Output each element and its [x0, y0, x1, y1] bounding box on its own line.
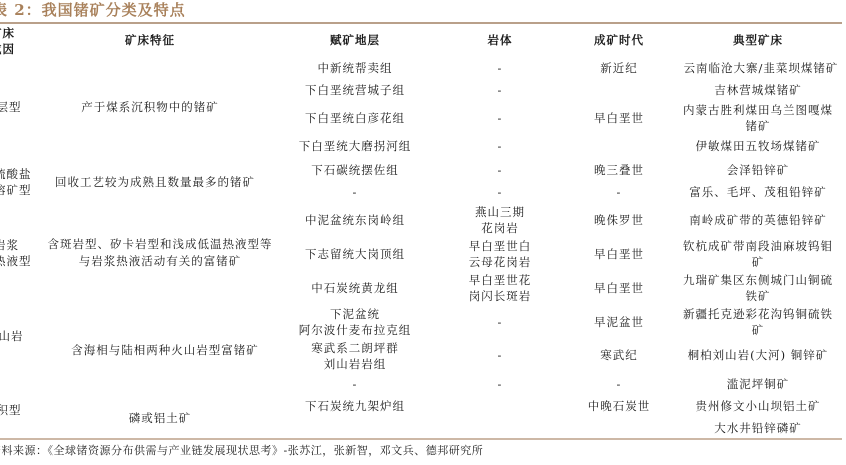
- deposit-cell: 贵州修文小山坝铝土矿: [678, 396, 838, 416]
- strata-cell: -: [270, 182, 440, 202]
- deposit-cell: 会泽铅锌矿: [678, 160, 838, 180]
- table-title: 表 2：我国锗矿分类及特点: [0, 0, 186, 20]
- deposit-cell: 桐柏刘山岩(大河) 铜锌矿: [678, 345, 838, 365]
- rock-cell: -: [440, 136, 560, 156]
- header-typical-deposit: 典型矿床: [678, 24, 838, 56]
- era-cell: 寒武纪: [560, 345, 678, 365]
- strata-cell: 中泥盆统东岗岭组: [270, 208, 440, 232]
- rock-cell: 早白垩世白 云母花岗岩: [440, 238, 560, 270]
- genesis-type: 火山岩 型: [0, 328, 46, 362]
- deposit-cell: 钦杭成矿带南段油麻坡钨钼 矿: [678, 237, 838, 271]
- strata-cell: 下石碳统摆佐组: [270, 160, 440, 180]
- strata-cell: 下白垩统营城子组: [270, 80, 440, 100]
- strata-cell: -: [270, 374, 440, 394]
- source-note: 资料来源：《全球锗资源分布供需与产业链发展现状思考》-张苏江，张新智，邓文兵、德…: [0, 443, 483, 459]
- strata-cell: 下石炭统九架炉组: [270, 396, 440, 416]
- deposit-cell: 伊敏煤田五牧场煤锗矿: [678, 136, 838, 156]
- strata-cell: 中新统帮卖组: [270, 58, 440, 78]
- deposit-feature: 产于煤系沉积物中的锗矿: [30, 95, 270, 119]
- deposit-feature: 回收工艺较为成熟且数量最多的锗矿: [40, 170, 270, 194]
- era-cell: 晚侏罗世: [560, 208, 678, 232]
- header-rock-body: 岩体: [440, 24, 560, 56]
- era-cell: 早白垩世: [560, 242, 678, 266]
- header-deposit-genesis: 矿床 成因: [0, 24, 30, 58]
- era-cell: 中晚石炭世: [560, 396, 678, 416]
- era-cell: -: [560, 182, 678, 202]
- deposit-feature: 含海相与陆相两种火山岩型富锗矿: [55, 338, 275, 362]
- genesis-type: 沉积型: [0, 398, 44, 422]
- rock-cell: -: [440, 182, 560, 202]
- header-mineralization-era: 成矿时代: [560, 24, 678, 56]
- strata-cell: 下白垩统白彦花组: [270, 108, 440, 128]
- rock-cell: -: [440, 345, 560, 365]
- deposit-cell: 富乐、毛坪、茂租铅锌矿: [678, 182, 838, 202]
- deposit-cell: 吉林营城煤锗矿: [678, 80, 838, 100]
- era-cell: 早白垩世: [560, 108, 678, 128]
- era-cell: -: [560, 374, 678, 394]
- rock-cell: -: [440, 160, 560, 180]
- strata-cell: 中石炭统黄龙组: [270, 276, 440, 300]
- deposit-feature: 磷或铝土矿: [50, 406, 270, 430]
- deposit-cell: 云南临沧大寨/韭菜坝煤锗矿: [676, 58, 846, 78]
- deposit-cell: 新疆托克逊彩花沟钨铜硫铁 矿: [678, 305, 838, 339]
- era-cell: 新近纪: [560, 58, 678, 78]
- strata-cell: 下志留统大岗顶组: [270, 242, 440, 266]
- era-cell: 早白垩世: [560, 276, 678, 300]
- deposit-cell: 滥泥坪铜矿: [678, 374, 838, 394]
- strata-cell: 下白垩统大磨拐河组: [270, 136, 440, 156]
- header-ore-strata: 赋矿地层: [270, 24, 440, 56]
- rock-cell: -: [440, 312, 560, 332]
- rock-cell: -: [440, 80, 560, 100]
- rock-cell: -: [440, 58, 560, 78]
- rock-cell: -: [440, 108, 560, 128]
- deposit-cell: 九瑞矿集区东侧城门山铜硫 铁矿: [678, 271, 838, 305]
- rock-cell: 早白垩世花 岗闪长斑岩: [440, 272, 560, 304]
- era-cell: 早泥盆世: [560, 312, 678, 332]
- deposit-cell: 大水井铅锌磷矿: [678, 418, 838, 438]
- deposit-cell: 南岭成矿带的英德铅锌矿: [678, 208, 838, 232]
- deposit-feature: 含斑岩型、矽卡岩型和浅成低温热液型等 与岩浆热液活动有关的富锗矿: [40, 236, 280, 270]
- bottom-divider: [0, 438, 842, 440]
- header-deposit-features: 矿床特征: [30, 24, 270, 56]
- deposit-cell: 内蒙古胜利煤田乌兰图嘎煤 锗矿: [678, 101, 838, 135]
- rock-cell: -: [440, 374, 560, 394]
- rock-cell: 燕山三期 花岗岩: [440, 204, 560, 236]
- strata-cell: 下泥盆统 阿尔波什麦布拉克组: [270, 306, 440, 338]
- strata-cell: 寒武系二朗坪群 刘山岩岩组: [270, 340, 440, 372]
- era-cell: 晚三叠世: [560, 160, 678, 180]
